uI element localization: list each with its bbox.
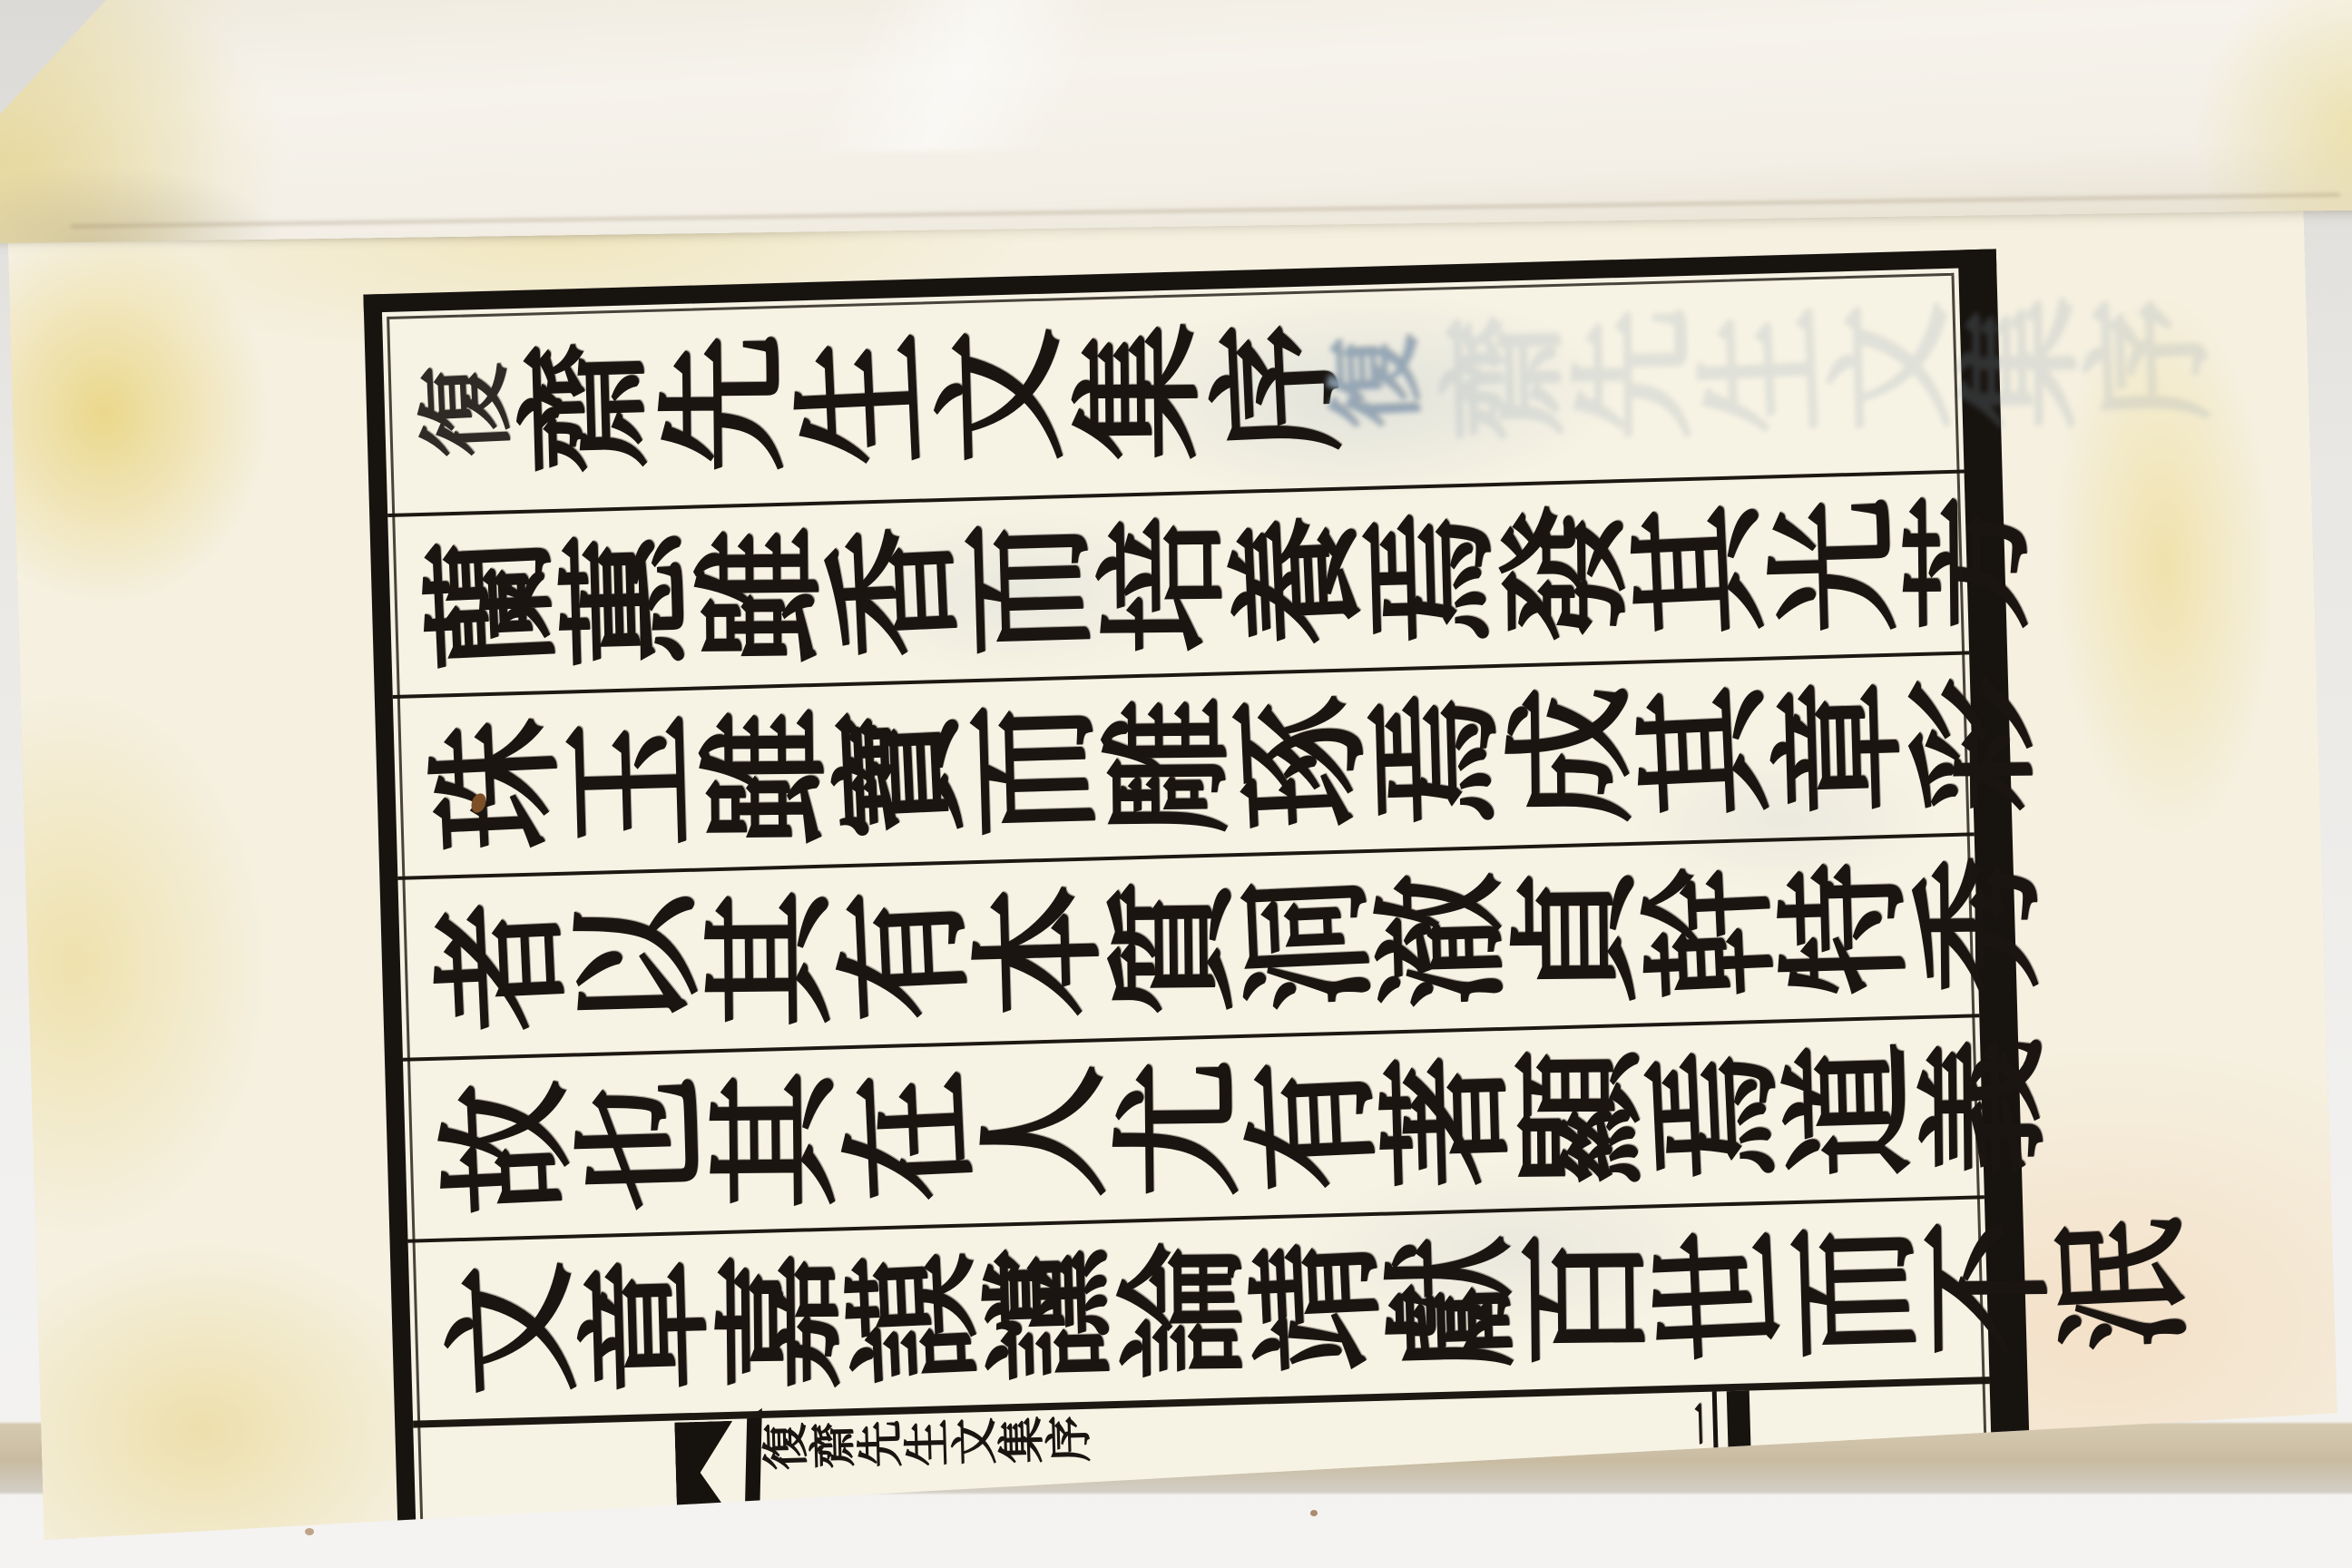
turned-leaf-curl: [0, 0, 365, 244]
hanzi-glyph: 嘉: [714, 1251, 848, 1391]
hanzi-glyph: 其: [704, 888, 838, 1028]
hanzi-glyph: 其: [1629, 501, 1771, 639]
hanzi-glyph: 著: [1377, 1053, 1515, 1191]
hanzi-glyph: 有: [1241, 1056, 1384, 1194]
hanzi-glyph: 本: [970, 882, 1108, 1020]
book-page: 復齋先生文集序 復齋先生文集序 蘭蕙雖香而培養焉發其光芳 珠玉雖寶而雕琢焉成其章…: [7, 170, 2338, 1540]
page-number: 一: [1681, 1400, 1726, 1446]
hanzi-glyph: 章: [1770, 678, 1908, 816]
turned-leaf-sheen: [406, 0, 1518, 158]
hanzi-glyph: 靖: [1246, 1238, 1388, 1376]
hanzi-glyph: 序: [1042, 1415, 1097, 1464]
hanzi-glyph: 者: [430, 897, 573, 1035]
hanzi-glyph: 幹: [1639, 864, 1781, 1002]
hanzi-glyph: 焉: [1644, 1045, 1787, 1183]
hanzi-glyph: 人: [975, 1063, 1112, 1201]
hanzi-glyph: 先: [1570, 308, 1698, 442]
hanzi-glyph: 玉: [562, 712, 700, 850]
hanzi-glyph: 養: [1226, 512, 1368, 650]
hanzi-glyph: 而: [960, 519, 1098, 657]
title-characters: 復齋先生文集序: [417, 319, 1347, 479]
turned-leaf: [0, 0, 2352, 244]
show-through-ghost-text: 復齋先生文集序: [1345, 303, 1875, 446]
hanzi-glyph: 章: [577, 1256, 715, 1394]
hanzi-glyph: 尤: [1112, 1059, 1245, 1199]
hanzi-glyph: 齋: [516, 338, 654, 476]
hanzi-glyph: 有: [833, 886, 975, 1024]
hanzi-glyph: 謨: [843, 1249, 985, 1387]
hanzi-glyph: 也: [573, 1074, 710, 1212]
hanzi-glyph: 培: [1096, 514, 1230, 654]
hanzi-glyph: 雖: [699, 708, 832, 848]
hanzi-glyph: 雕: [1102, 696, 1235, 836]
hanzi-glyph: 而: [965, 701, 1102, 838]
hanzi-glyph: 以: [567, 894, 705, 1032]
hanzi-glyph: 序: [1206, 319, 1348, 457]
hanzi-glyph: 蕙: [557, 531, 695, 669]
foxing-speck: [305, 1528, 314, 1535]
hanzi-glyph: 其: [709, 1070, 842, 1210]
hanzi-glyph: 而: [1786, 1222, 1924, 1360]
hanzi-glyph: 復: [416, 362, 517, 459]
hanzi-glyph: 蘭: [420, 534, 563, 672]
hanzi-glyph: 澈: [1373, 871, 1511, 1009]
foxing-speck: [1310, 1510, 1318, 1516]
hanzi-glyph: 香: [823, 524, 965, 661]
hanzi-glyph: 讜: [980, 1245, 1118, 1383]
hanzi-glyph: 義: [1917, 1036, 2051, 1176]
photo-scene: 復齋先生文集序 復齋先生文集序 蘭蕙雖香而培養焉發其光芳 珠玉雖寶而雕琢焉成其章…: [0, 0, 2352, 1568]
hanzi-glyph: 生: [790, 331, 933, 469]
hanzi-glyph: 論: [1117, 1240, 1250, 1380]
hanzi-glyph: 光: [1765, 497, 1903, 635]
hanzi-glyph: 泯: [2052, 1215, 2194, 1353]
fishtail-ornament-icon: [674, 1421, 735, 1524]
hanzi-glyph: 集: [1073, 322, 1206, 462]
hanzi-glyph: 洞: [1236, 875, 1378, 1013]
hanzi-glyph: 集: [1956, 297, 2084, 431]
hanzi-glyph: 不: [1922, 1218, 2055, 1357]
hanzi-glyph: 生: [1694, 305, 1831, 437]
hanzi-glyph: 珠: [426, 716, 568, 854]
hanzi-glyph: 琢: [1231, 693, 1374, 831]
hanzi-glyph: 獻: [1383, 1234, 1521, 1372]
hanzi-glyph: 文: [931, 327, 1069, 465]
hanzi-glyph: 成: [1504, 685, 1638, 825]
hanzi-glyph: 世: [1649, 1226, 1791, 1364]
hanzi-glyph: 焉: [1367, 690, 1505, 828]
hanzi-glyph: 特: [1776, 859, 1914, 997]
hanzi-glyph: 質: [1107, 877, 1240, 1017]
hanzi-glyph: 貞: [1509, 867, 1642, 1006]
hanzi-glyph: 彩: [1907, 673, 2041, 813]
hanzi-glyph: 文: [441, 1260, 583, 1398]
hanzi-glyph: 芳: [1902, 492, 2035, 632]
hanzi-glyph: 雖: [694, 526, 828, 666]
hanzi-glyph: 先: [657, 334, 790, 474]
hanzi-glyph: 發: [1499, 504, 1632, 643]
hanzi-glyph: 齋: [1439, 312, 1572, 445]
hanzi-glyph: 在: [838, 1067, 981, 1205]
hanzi-glyph: 一: [1681, 1401, 1727, 1445]
hanzi-glyph: 秀: [1912, 855, 2045, 995]
hanzi-glyph: 故: [436, 1079, 578, 1217]
hanzi-glyph: 百: [1520, 1230, 1653, 1369]
hanzi-glyph: 道: [1780, 1041, 1918, 1179]
printed-text-frame: 復齋先生文集序 復齋先生文集序 蘭蕙雖香而培養焉發其光芳 珠玉雖寶而雕琢焉成其章…: [363, 249, 2031, 1555]
hanzi-glyph: 其: [1633, 682, 1776, 820]
hanzi-glyph: 焉: [1363, 508, 1501, 646]
hanzi-glyph: 顯: [1514, 1048, 1648, 1188]
banxin-title: 復齋先生文集序: [762, 1412, 1053, 1475]
hanzi-glyph: 寶: [828, 705, 971, 843]
hanzi-glyph: 文: [1825, 301, 1957, 434]
hanzi-glyph: 序: [2081, 294, 2218, 426]
